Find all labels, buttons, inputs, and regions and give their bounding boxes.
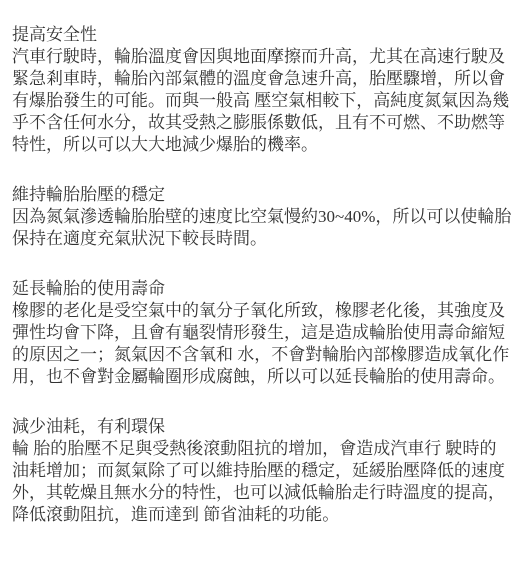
section-body: 橡膠的老化是受空氣中的氧分子氧化所致，橡膠老化後，其強度及彈性均會下降，且會有龜… [12, 300, 512, 388]
section-fuel-saving: 減少油耗，有利環保 輪 胎的胎壓不足與受熱後滾動阻抗的增加，會造成汽車行 駛時的… [12, 416, 512, 526]
section-tire-lifespan: 延長輪胎的使用壽命 橡膠的老化是受空氣中的氧分子氧化所致，橡膠老化後，其強度及彈… [12, 278, 512, 388]
section-heading: 延長輪胎的使用壽命 [12, 278, 512, 300]
section-heading: 減少油耗，有利環保 [12, 416, 512, 438]
section-body: 汽車行駛時，輪胎溫度會因與地面摩擦而升高，尤其在高速行駛及緊急剎車時，輪胎內部氣… [12, 46, 512, 156]
article-page: 提高安全性 汽車行駛時，輪胎溫度會因與地面摩擦而升高，尤其在高速行駛及緊急剎車時… [0, 0, 526, 576]
section-body: 因為氮氣滲透輪胎胎壁的速度比空氣慢約30~40%，所以可以使輪胎保持在適度充氣狀… [12, 206, 512, 250]
section-pressure-stability: 維持輪胎胎壓的穩定 因為氮氣滲透輪胎胎壁的速度比空氣慢約30~40%，所以可以使… [12, 184, 512, 250]
section-body: 輪 胎的胎壓不足與受熱後滾動阻抗的增加，會造成汽車行 駛時的油耗增加；而氮氣除了… [12, 438, 512, 526]
section-heading: 維持輪胎胎壓的穩定 [12, 184, 512, 206]
section-heading: 提高安全性 [12, 24, 512, 46]
section-safety: 提高安全性 汽車行駛時，輪胎溫度會因與地面摩擦而升高，尤其在高速行駛及緊急剎車時… [12, 24, 512, 156]
